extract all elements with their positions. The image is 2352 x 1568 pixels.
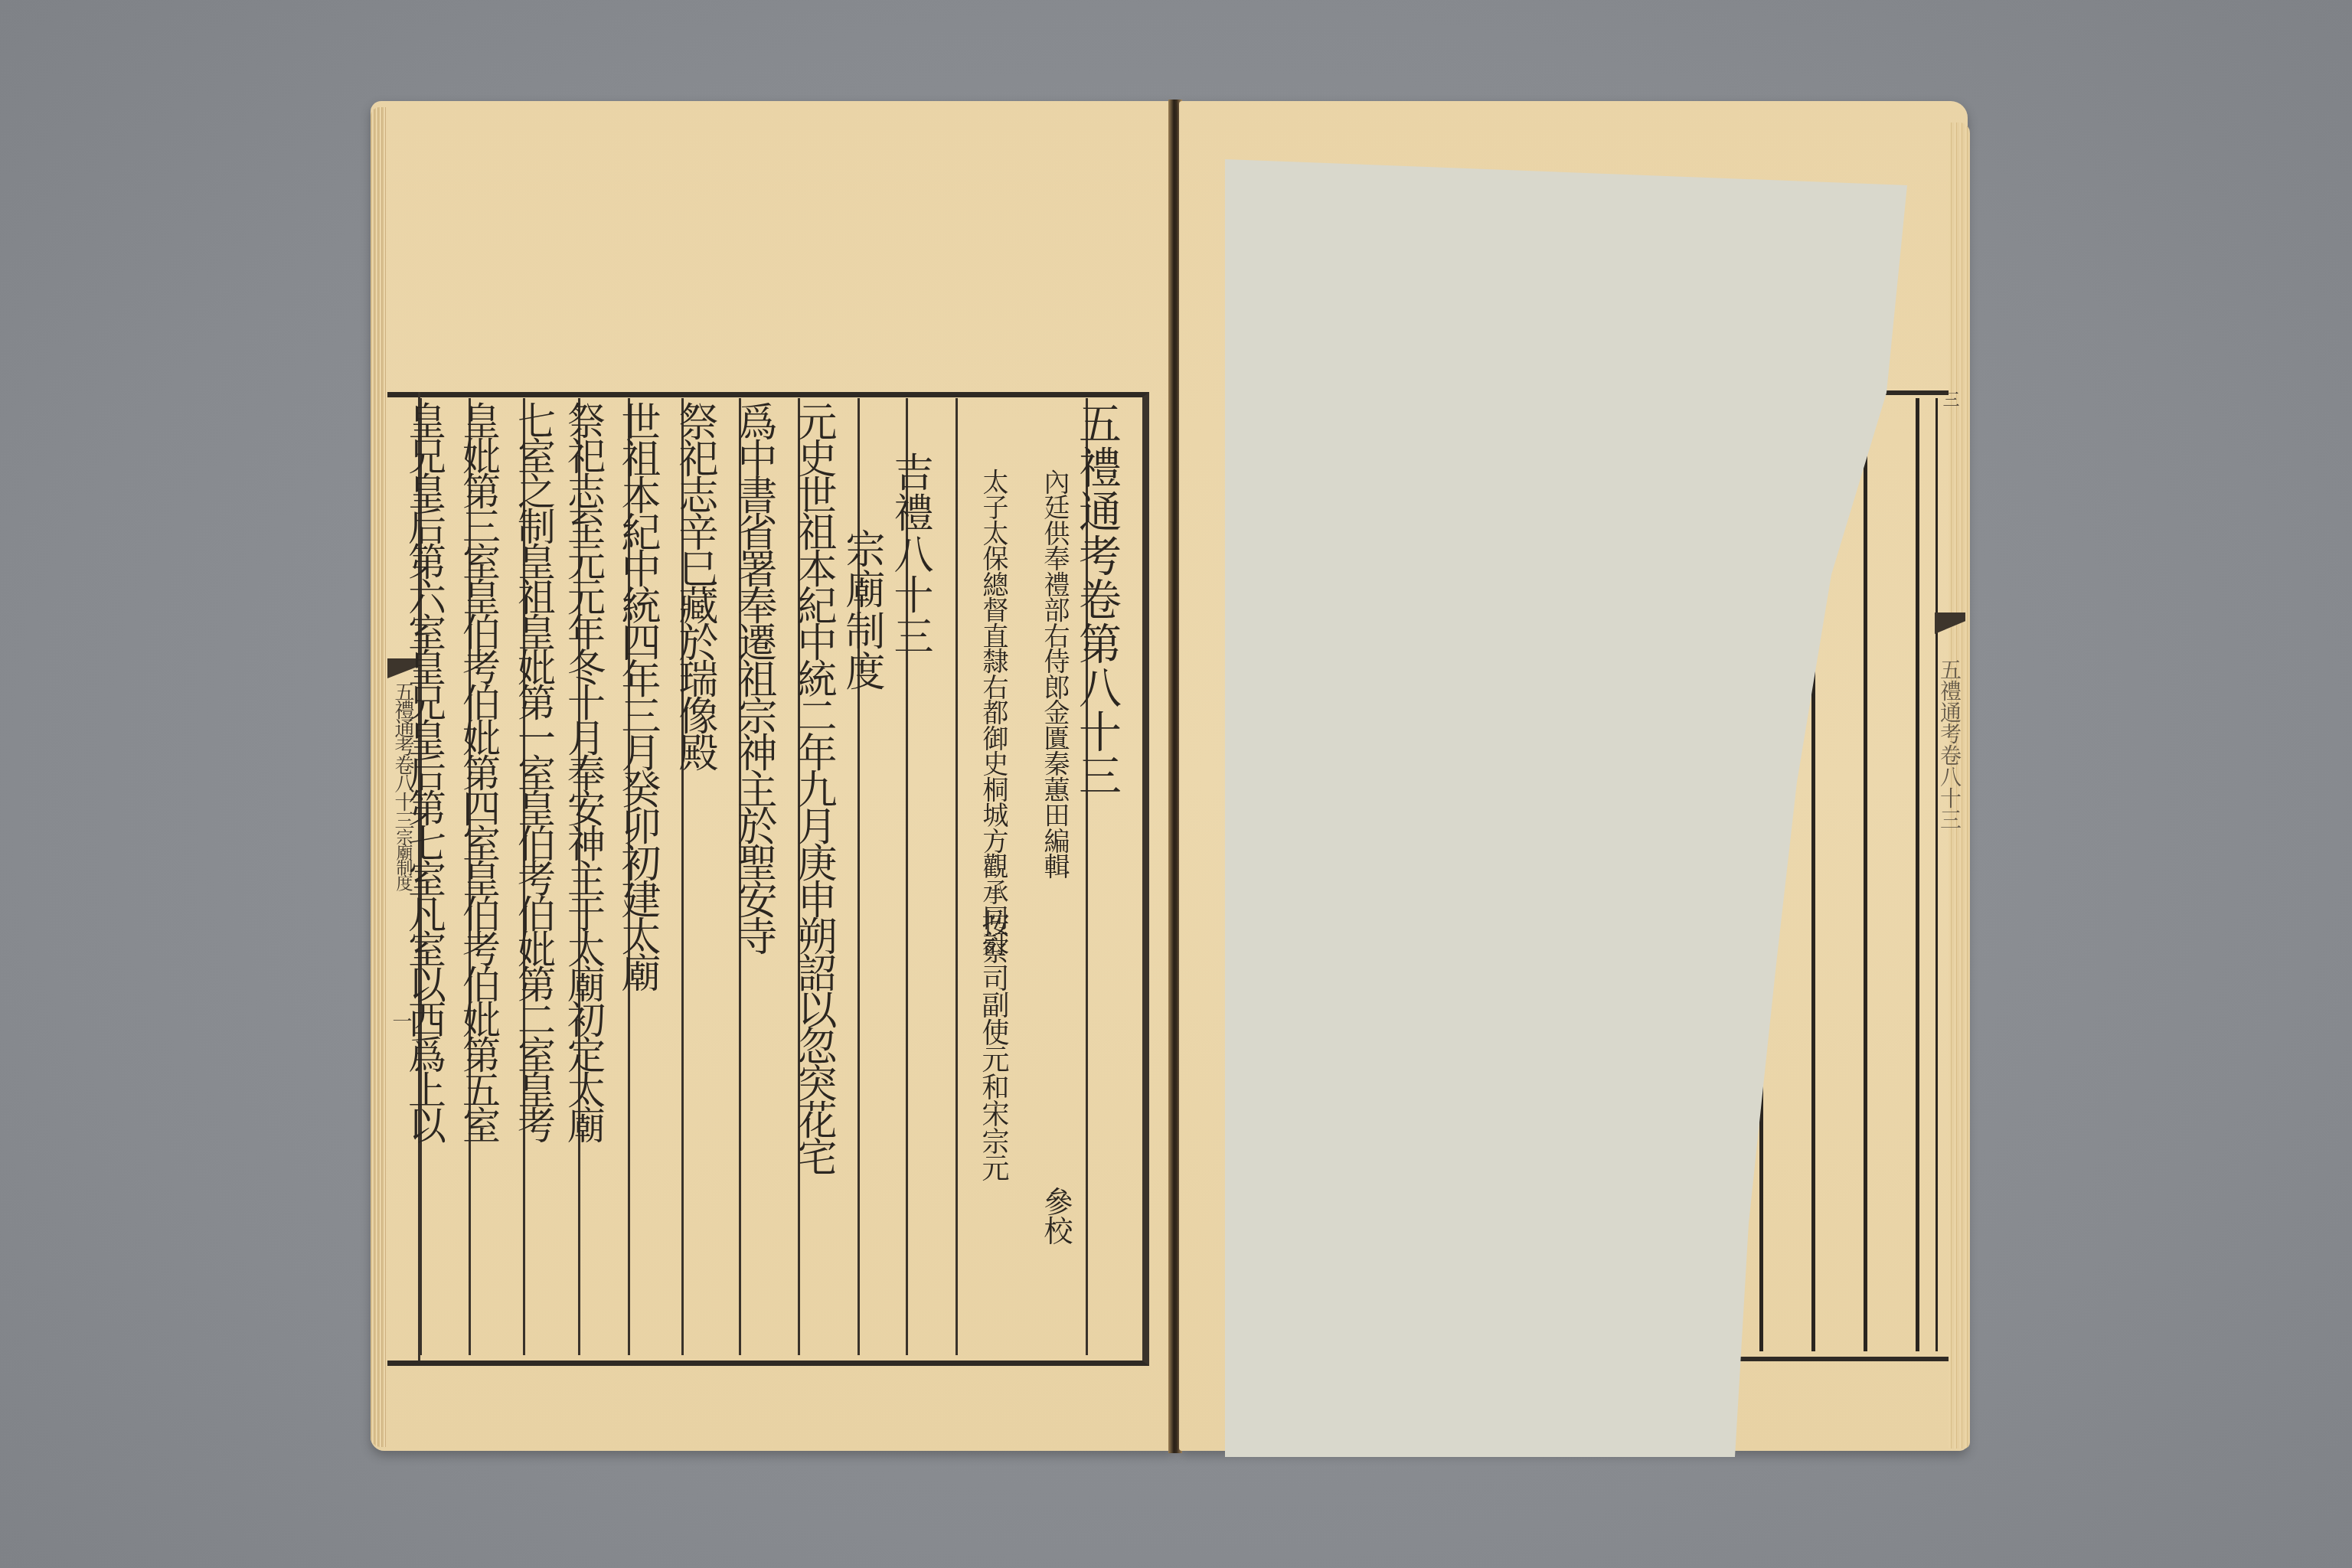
body-column-3: 祭祀志辛巳藏於瑞像殿 <box>681 398 739 1355</box>
open-book: 五禮通考卷八十三宗廟制度 一 五禮通考卷第八十三 內廷供奉禮部右侍郎金匱秦蕙田編… <box>0 0 2352 1568</box>
body-column-1: 元史世祖本紀中統二年九月庚申朔詔以忽突花宅 <box>798 398 857 1355</box>
right-banxin-top-mark: 三 <box>1943 390 1962 407</box>
body-column-5: 祭祀志至元元年冬十月奉安神主于太廟初定太廟 <box>578 398 628 1355</box>
right-banxin-border <box>1935 398 1938 1351</box>
section-title-column: 宗廟制度 <box>857 398 906 1355</box>
right-banxin-title: 五禮通考卷八十三 <box>1935 658 1963 830</box>
body-column-8: 皇兄皇后第六室皇兄皇后第七室凡室以西爲上以 <box>420 398 469 1355</box>
body-column-4: 世祖本紀中統四年三月癸卯初建太廟 <box>628 398 681 1355</box>
body-text: 皇兄皇后第六室皇兄皇后第七室凡室以西爲上以 <box>402 401 446 1141</box>
compiler-column: 內廷供奉禮部右侍郎金匱秦蕙田編輯 太子太保總督直隸右都御史桐城方觀承同訂 按察司… <box>955 398 1086 1355</box>
category-column: 吉禮八十三 <box>906 398 955 1355</box>
volume-title-column: 五禮通考卷第八十三 <box>1086 398 1141 1355</box>
body-column-7: 皇妣第三室皇伯考伯妣第四室皇伯考伯妣第五室 <box>469 398 523 1355</box>
proofreader-suffix: 參校 <box>1034 1187 1078 1340</box>
ruled-line <box>1864 398 1867 1351</box>
body-column-6: 七室之制皇祖皇妣第一室皇伯考伯妣第二室皇考 <box>523 398 578 1355</box>
compiler-line-1: 內廷供奉禮部右侍郎金匱秦蕙田編輯 <box>1032 469 1076 1158</box>
proofreader-line: 按察司副使元和宋宗元 <box>971 910 1015 1216</box>
body-column-2: 爲中書省署奉遷祖宗神主於聖安寺 <box>739 398 798 1355</box>
ruled-line <box>1916 398 1919 1351</box>
